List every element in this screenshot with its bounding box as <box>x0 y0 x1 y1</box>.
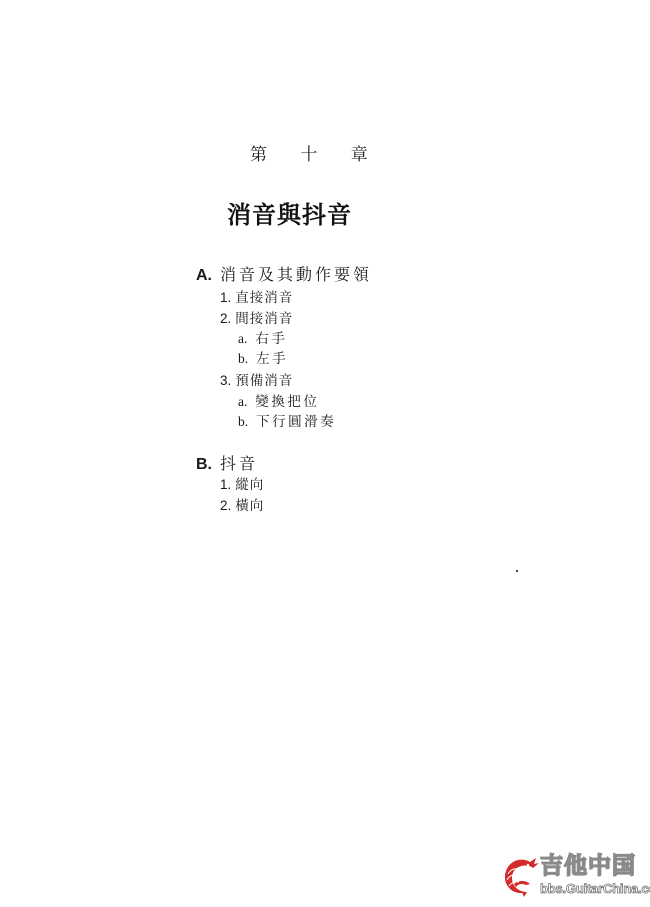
watermark-url: bbs.GuitarChina.com <box>540 882 650 896</box>
subitem-label: 變換把位 <box>255 394 319 410</box>
outline-subitem-a3a: a.變換把位 <box>238 392 319 412</box>
section-label: 抖音 <box>220 454 258 473</box>
outline-subitem-a2b: b.左手 <box>238 349 288 369</box>
section-marker: B. <box>196 456 212 473</box>
outline-subitem-a3b: b.下行圓滑奏 <box>238 412 336 432</box>
document-page: 第 十 章 消音與抖音 A.消音及其動作要領 1.直接消音 2.間接消音 a.右… <box>0 0 650 907</box>
item-label: 間接消音 <box>235 311 293 327</box>
subitem-marker: b. <box>238 351 248 366</box>
item-marker: 1. <box>220 477 231 492</box>
item-label: 直接消音 <box>235 290 293 306</box>
section-label: 消音及其動作要領 <box>220 265 372 284</box>
outline-subitem-a2a: a.右手 <box>238 329 287 349</box>
subitem-label: 左手 <box>256 351 288 367</box>
outline-item-a3: 3.預備消音 <box>220 371 293 391</box>
watermark: 吉他中国 bbs.GuitarChina.com <box>500 852 648 902</box>
dragon-logo-icon <box>500 854 540 898</box>
subitem-marker: a. <box>238 394 247 409</box>
subitem-label: 下行圓滑奏 <box>256 414 336 430</box>
section-marker: A. <box>196 267 212 284</box>
item-label: 預備消音 <box>235 373 293 389</box>
outline-item-b1: 1.縱向 <box>220 475 264 495</box>
subitem-label: 右手 <box>255 331 287 347</box>
chapter-title: 消音與抖音 <box>227 200 352 230</box>
outline-section-b: B.抖音 <box>196 454 258 475</box>
item-marker: 3. <box>220 373 231 388</box>
chapter-heading: 第 十 章 <box>250 144 382 166</box>
scan-speck <box>516 570 518 572</box>
item-label: 橫向 <box>235 498 264 514</box>
subitem-marker: b. <box>238 414 248 429</box>
outline-item-a1: 1.直接消音 <box>220 288 293 308</box>
subitem-marker: a. <box>238 331 247 346</box>
outline-item-b2: 2.橫向 <box>220 496 264 516</box>
watermark-brand: 吉他中国 <box>540 852 636 880</box>
item-marker: 2. <box>220 311 231 326</box>
item-marker: 1. <box>220 290 231 305</box>
item-marker: 2. <box>220 498 231 513</box>
item-label: 縱向 <box>235 477 264 493</box>
outline-item-a2: 2.間接消音 <box>220 309 293 329</box>
outline-section-a: A.消音及其動作要領 <box>196 265 372 286</box>
